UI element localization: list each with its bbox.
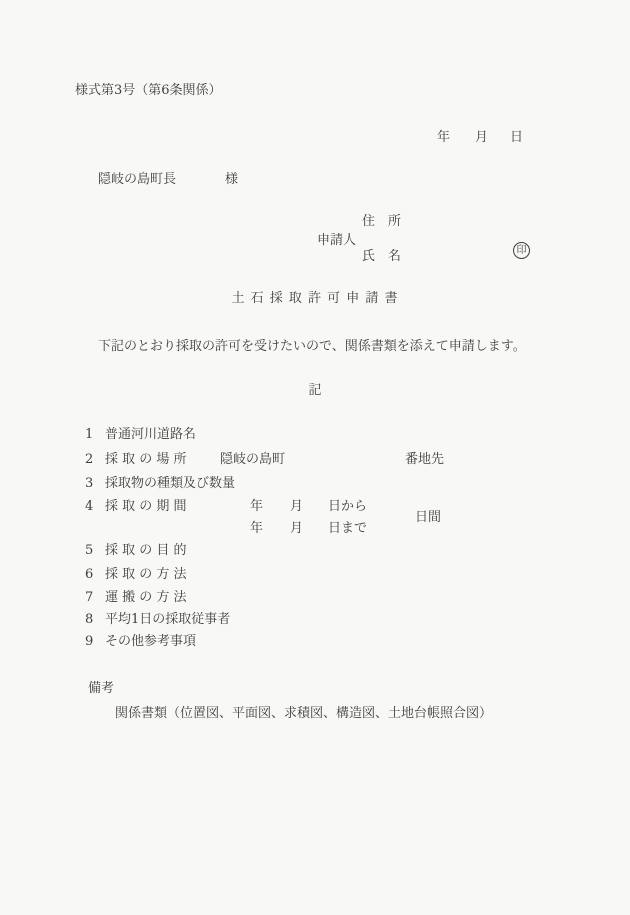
- applicant-name-label: 氏 名: [362, 249, 401, 264]
- addressee-name: 隠岐の島町長: [98, 172, 176, 187]
- item-2-number: 2: [85, 452, 93, 467]
- item-9-number: 9: [85, 634, 93, 649]
- item-5-number: 5: [85, 543, 93, 558]
- period-from-month-label: 月: [290, 499, 303, 514]
- item-6-label: 採 取 の 方 法: [105, 567, 187, 582]
- applicant-address-label: 住 所: [362, 214, 401, 229]
- document-title: 土 石 採 取 許 可 申 請 書: [0, 291, 630, 306]
- period-from-day-label: 日から: [328, 499, 367, 514]
- item-8-label: 平均1日の採取従事者: [105, 612, 230, 627]
- notes-label: 備考: [88, 681, 114, 696]
- item-8-number: 8: [85, 612, 93, 627]
- item-7-label: 運 搬 の 方 法: [105, 590, 187, 605]
- notes-content: 関係書類（位置図、平面図、求積図、構造図、土地台帳照合図）: [115, 706, 492, 721]
- date-day-label: 日: [510, 130, 523, 145]
- item-5-label: 採 取 の 目 的: [105, 543, 187, 558]
- item-3-number: 3: [85, 476, 93, 491]
- applicant-label: 申請人: [317, 233, 356, 248]
- period-to-day-label: 日まで: [328, 521, 367, 536]
- addressee-honorific: 様: [225, 172, 238, 187]
- period-duration-label: 日間: [415, 510, 441, 525]
- document-page: 様式第3号（第6条関係） 年 月 日 隠岐の島町長 様 住 所 申請人 氏 名 …: [0, 0, 630, 915]
- seal-mark-icon: 印: [513, 242, 530, 259]
- item-2-place-value: 隠岐の島町: [220, 452, 285, 467]
- date-month-label: 月: [475, 130, 488, 145]
- item-3-label: 採取物の種類及び数量: [105, 476, 235, 491]
- item-6-number: 6: [85, 567, 93, 582]
- item-1-label: 普通河川道路名: [105, 427, 196, 442]
- item-9-label: その他参考事項: [105, 634, 196, 649]
- body-text: 下記のとおり採取の許可を受けたいので、関係書類を添えて申請します。: [98, 339, 526, 354]
- period-to-month-label: 月: [290, 521, 303, 536]
- item-4-number: 4: [85, 499, 93, 514]
- item-4-label: 採 取 の 期 間: [105, 499, 187, 514]
- item-1-number: 1: [85, 427, 93, 442]
- form-number: 様式第3号（第6条関係）: [75, 83, 222, 98]
- item-2-label: 採 取 の 場 所: [105, 452, 187, 467]
- period-from-year-label: 年: [250, 499, 263, 514]
- date-year-label: 年: [437, 130, 450, 145]
- seal-mark-text: 印: [517, 246, 527, 256]
- record-heading: 記: [0, 383, 630, 398]
- period-to-year-label: 年: [250, 521, 263, 536]
- item-7-number: 7: [85, 590, 93, 605]
- item-2-place-suffix: 番地先: [405, 452, 444, 467]
